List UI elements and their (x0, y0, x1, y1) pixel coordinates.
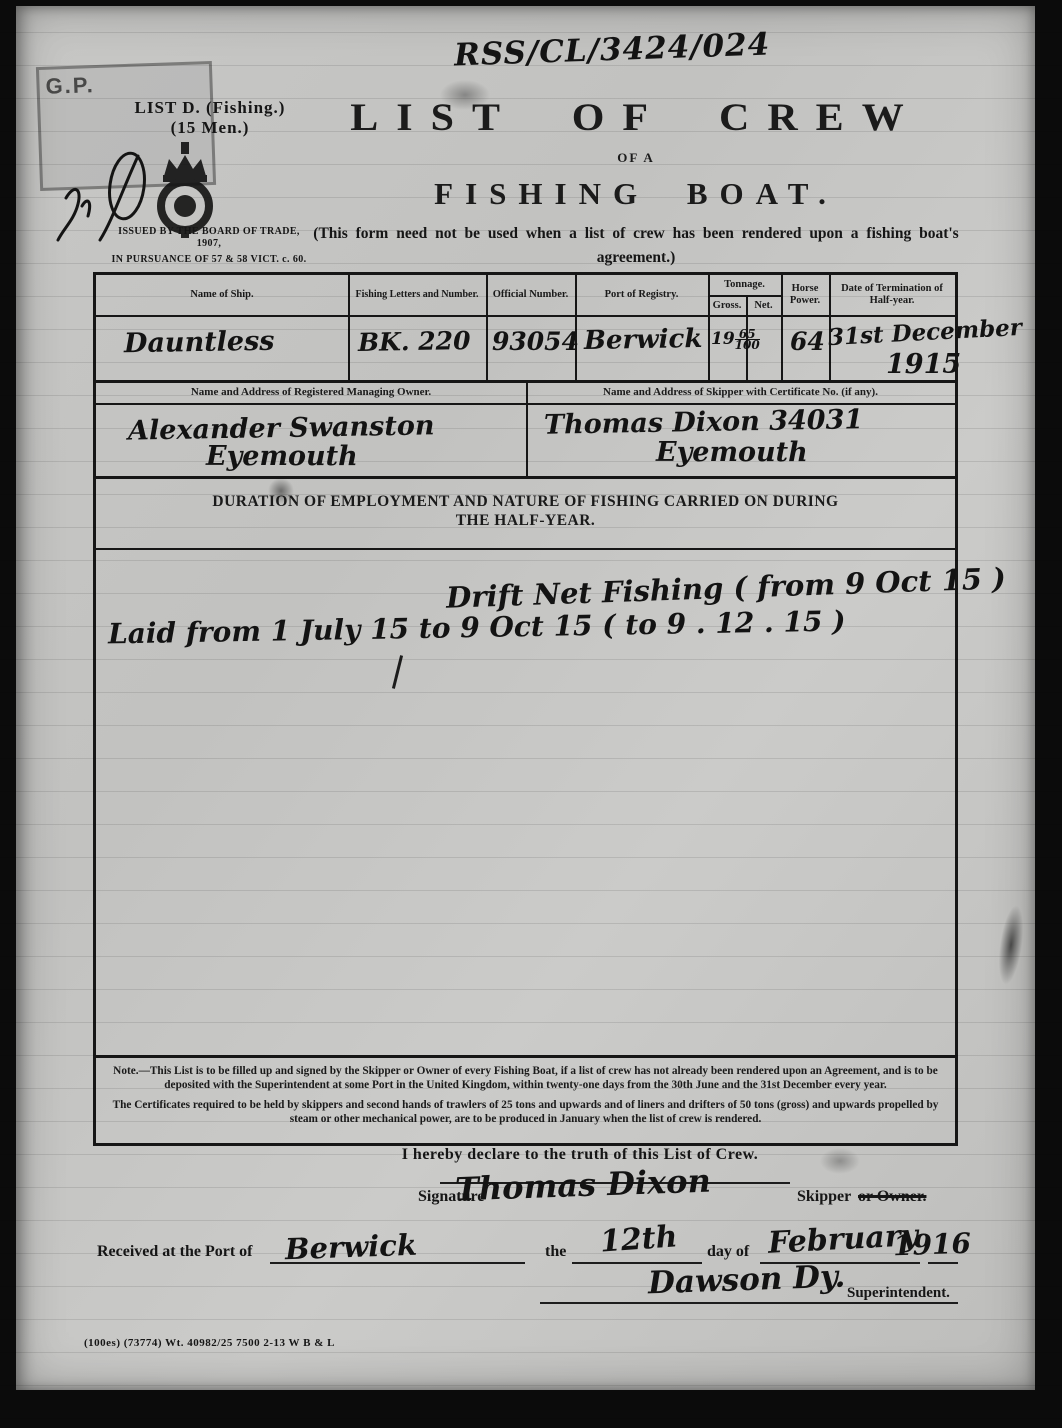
value-horse-power: 64 (790, 327, 825, 356)
col-header-net: Net. (746, 300, 781, 312)
scanned-document-page: RSS/CL/3424/024 G.P. LIST D. (Fishing.) … (0, 0, 1062, 1428)
declaration-text: I hereby declare to the truth of this Li… (300, 1146, 860, 1164)
day-of-label: day of (707, 1243, 749, 1261)
archive-reference-handwriting: RSS/CL/3424/024 (453, 26, 770, 73)
col-header-tonnage: Tonnage. (708, 279, 781, 291)
title-of-a: OF A (306, 150, 966, 166)
note-block: Note.—This List is to be filled up and s… (96, 1055, 955, 1140)
col-header-port-of-registry: Port of Registry. (575, 289, 708, 301)
page-subtitle: FISHING BOAT. (306, 176, 966, 212)
value-official-number: 93054 (492, 327, 579, 356)
value-owner-address: Eyemouth (206, 441, 358, 472)
note-paragraph-2: The Certificates required to be held by … (112, 1099, 939, 1126)
col-header-horse-power: Horse Power. (781, 283, 829, 307)
tonnage-whole: 19 (711, 329, 735, 349)
duration-heading-line2: THE HALF-YEAR. (96, 515, 955, 527)
page-title: LIST OF CREW (306, 96, 966, 140)
the-label: the (545, 1243, 566, 1261)
issued-line1: ISSUED BY THE BOARD OF TRADE, (94, 226, 324, 238)
rule (96, 476, 955, 479)
tonnage-denominator: 100 (735, 339, 760, 350)
received-port-handwriting: Berwick (284, 1228, 417, 1267)
stray-pen-mark (392, 655, 403, 689)
list-label-line1: LIST D. (Fishing.) (100, 98, 320, 118)
superintendent-label: Superintendent. (847, 1285, 950, 1302)
duration-heading-line1: DURATION OF EMPLOYMENT AND NATURE OF FIS… (96, 491, 955, 513)
col-header-official-number: Official Number. (486, 289, 575, 301)
rule (96, 315, 955, 317)
skipper-label: Skipper (797, 1188, 851, 1206)
duration-entry-line2: Laid from 1 July 15 to 9 Oct 15 ( to 9 .… (108, 605, 846, 651)
col-header-termination: Date of Termination of Half-year. (829, 283, 955, 307)
superintendent-signature-handwriting: Dawson Dy. (647, 1259, 845, 1302)
value-skipper-name: Thomas Dixon 34031 (544, 404, 864, 441)
title-block: LIST OF CREW OF A FISHING BOAT. (306, 94, 966, 212)
col-header-managing-owner: Name and Address of Registered Managing … (96, 386, 526, 398)
rule (96, 548, 955, 550)
issued-by-block: ISSUED BY THE BOARD OF TRADE, 1907, IN P… (94, 226, 324, 266)
col-header-name-of-ship: Name of Ship. (96, 289, 348, 301)
received-year-handwriting: 1916 (892, 1227, 971, 1263)
value-termination-line2: 1915 (886, 349, 961, 380)
list-label-line2: (15 Men.) (100, 118, 320, 138)
rule (708, 295, 781, 297)
form-usage-note: (This form need not be used when a list … (311, 222, 961, 270)
crew-form-table: Name of Ship. Fishing Letters and Number… (93, 272, 958, 1146)
received-at-port-label: Received at the Port of (97, 1243, 253, 1261)
col-header-gross: Gross. (708, 300, 746, 312)
value-tonnage: 1965100 (711, 329, 760, 350)
printer-code: (100es) (73774) Wt. 40982/25 7500 2-13 W… (84, 1337, 335, 1349)
year-line (928, 1262, 958, 1264)
value-skipper-address: Eyemouth (656, 437, 808, 468)
superintendent-line (540, 1302, 958, 1304)
col-header-fishing-letters: Fishing Letters and Number. (348, 289, 486, 301)
or-owner-struck-label: or Owner. (858, 1188, 926, 1206)
issued-line3: IN PURSUANCE OF 57 & 58 VICT. c. 60. (94, 254, 324, 266)
received-day-handwriting: 12th (599, 1219, 679, 1259)
value-port-of-registry: Berwick (584, 324, 703, 356)
issued-line2: 1907, (94, 238, 324, 250)
stamp-text: G.P. (45, 72, 95, 100)
list-label: LIST D. (Fishing.) (15 Men.) (100, 98, 320, 138)
board-of-trade-seal-icon (154, 142, 216, 238)
col-header-skipper: Name and Address of Skipper with Certifi… (526, 386, 955, 398)
note-paragraph-1: Note.—This List is to be filled up and s… (112, 1065, 939, 1092)
value-fishing-letters: BK. 220 (358, 326, 471, 357)
value-name-of-ship: Dauntless (124, 326, 275, 360)
